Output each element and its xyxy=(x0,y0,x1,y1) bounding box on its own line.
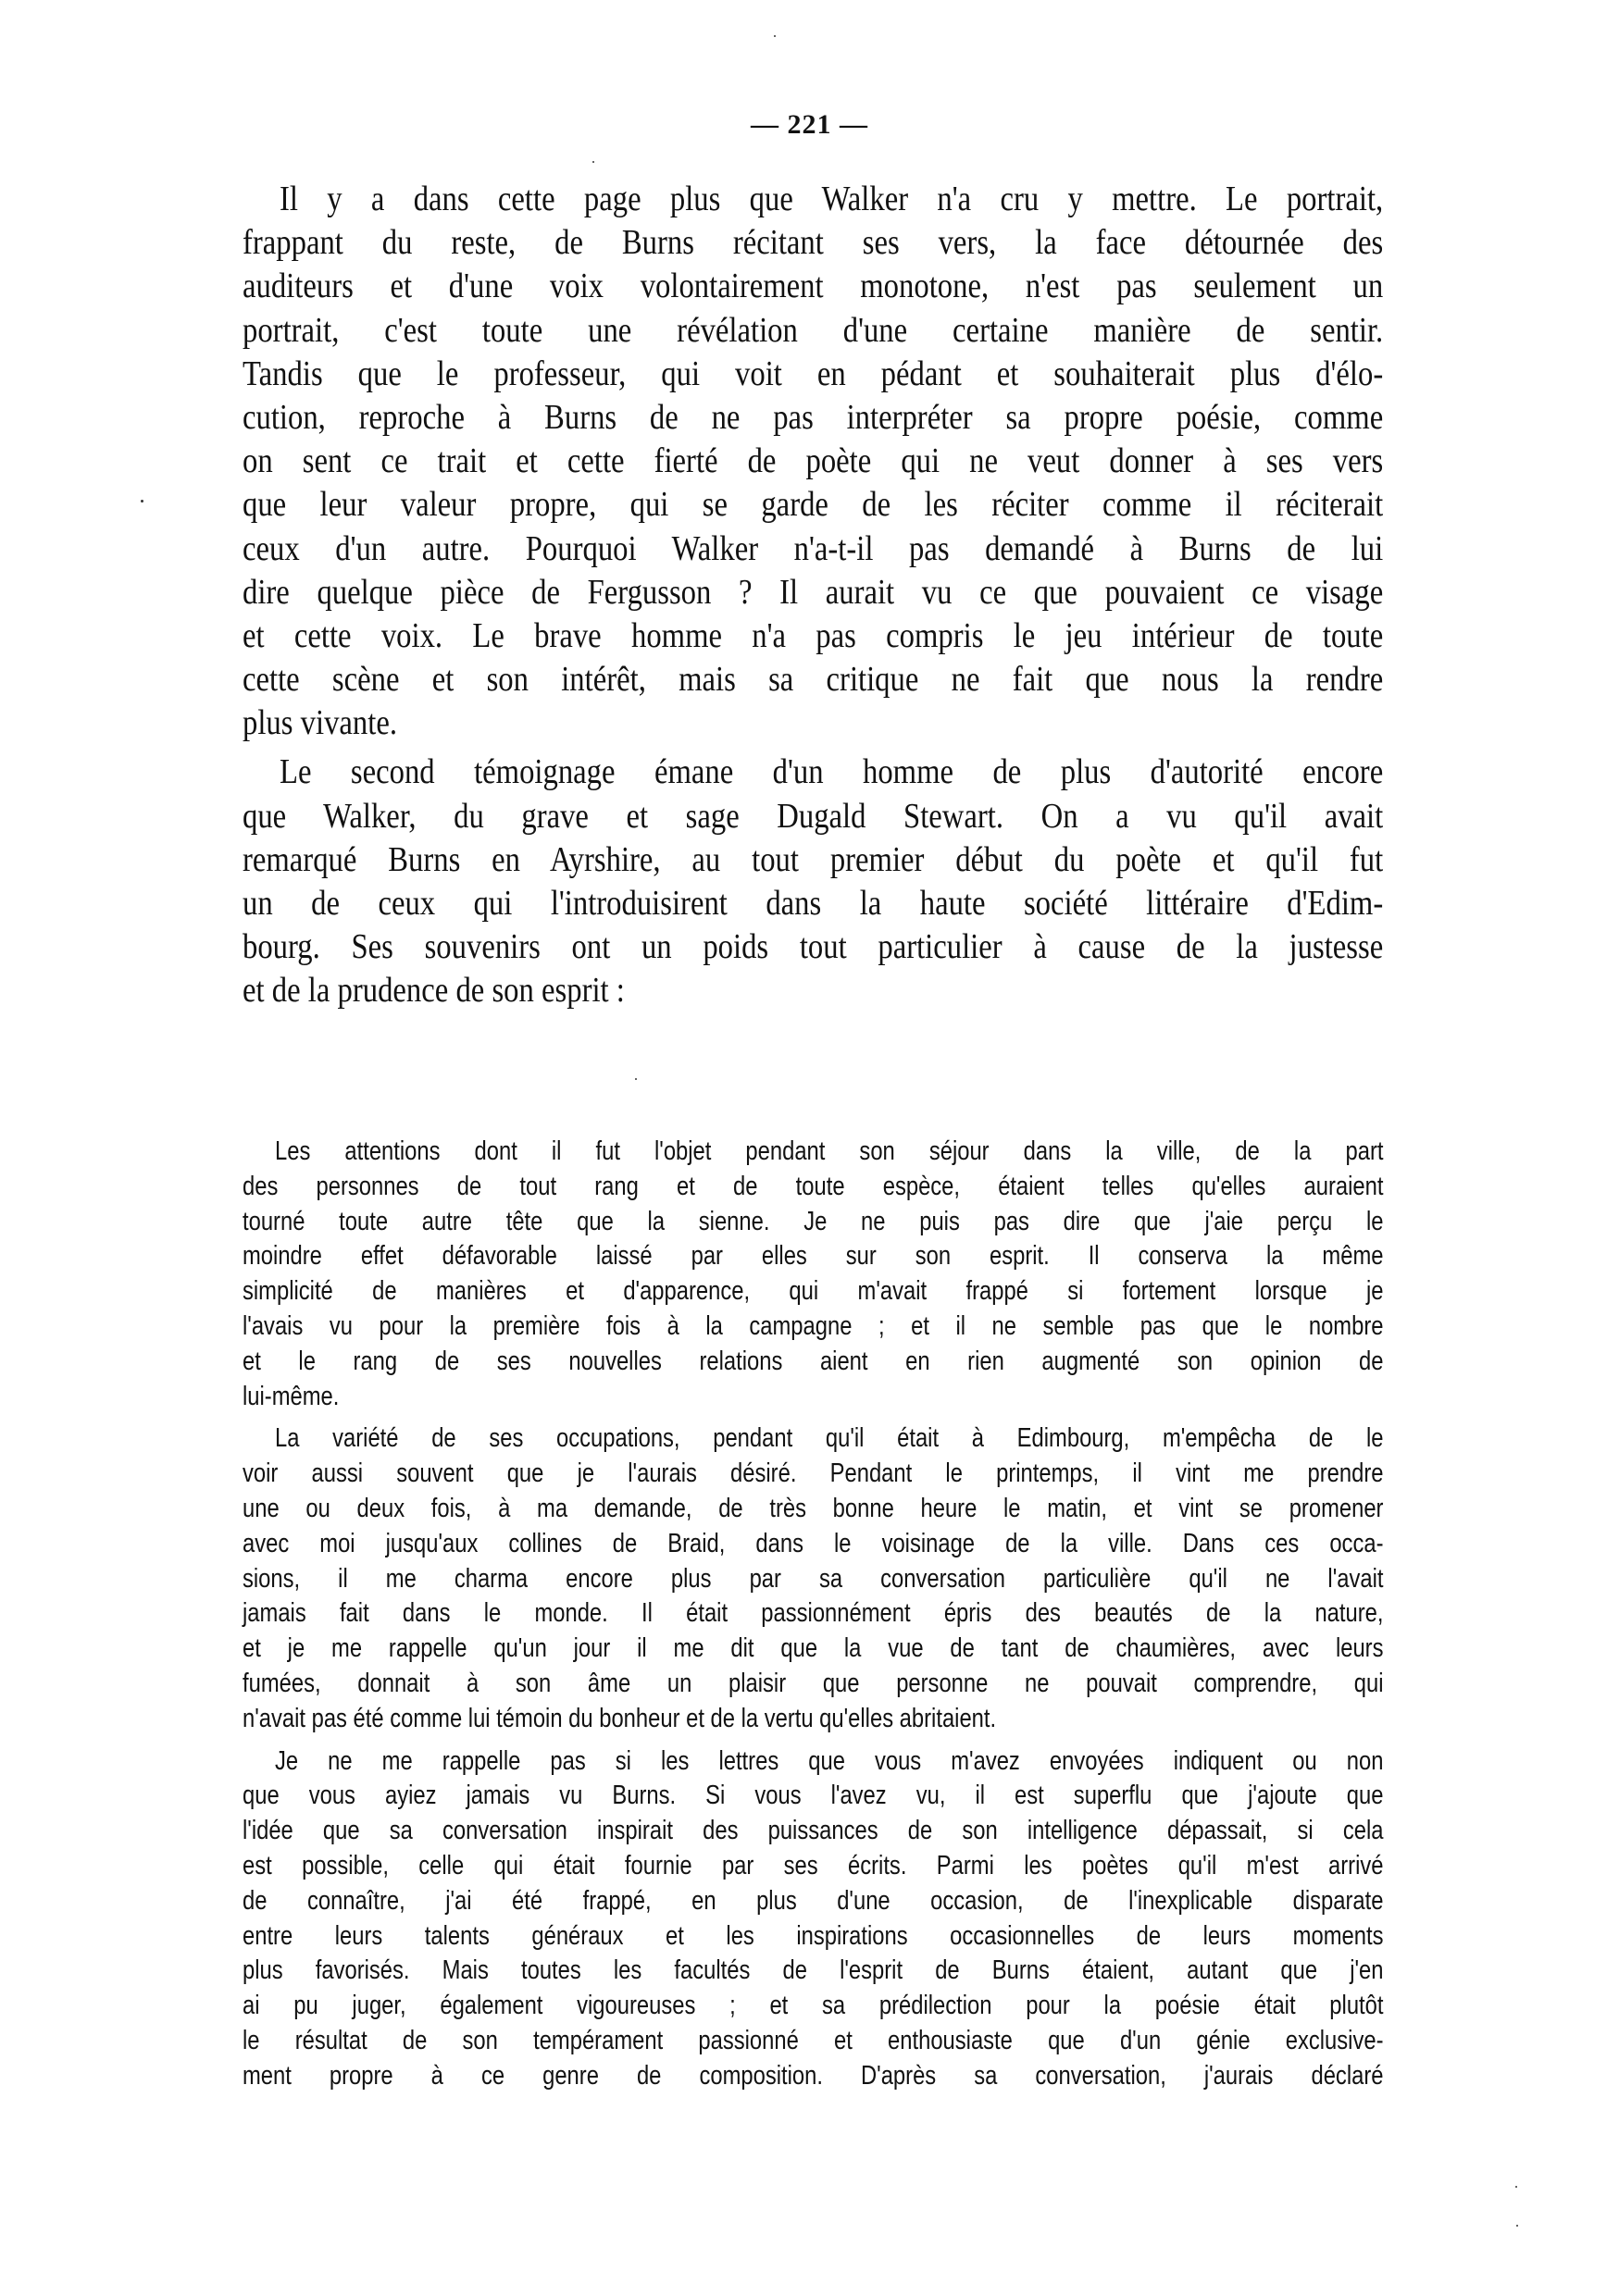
quote-line: entre leurs talents généraux et les insp… xyxy=(243,1919,1383,1955)
quote-line: Je ne me rappelle pas si les lettres que… xyxy=(243,1744,1383,1780)
text-line: que Walker, du grave et sage Dugald Stew… xyxy=(243,795,1383,838)
quote-line: Les attentions dont il fut l'objet penda… xyxy=(243,1135,1383,1170)
quote-line: ment propre à ce genre de composition. D… xyxy=(243,2059,1383,2094)
quote-line: fumées, donnait à son âme un plaisir que… xyxy=(243,1667,1383,1702)
quote-line: une ou deux fois, à ma demande, de très … xyxy=(243,1492,1383,1527)
block-quote: Les attentions dont il fut l'objet penda… xyxy=(243,1135,1383,2094)
text-line: Tandis que le professeur, qui voit en pé… xyxy=(243,353,1383,396)
text-line: Le second témoignage émane d'un homme de… xyxy=(243,751,1383,794)
text-line: et de la prudence de son esprit : xyxy=(243,969,1383,1012)
scan-speck xyxy=(1515,2186,1517,2188)
quote-line: que vous ayiez jamais vu Burns. Si vous … xyxy=(243,1779,1383,1814)
text-line: on sent ce trait et cette fierté de poèt… xyxy=(243,440,1383,483)
quote-line: moindre effet défavorable laissé par ell… xyxy=(243,1239,1383,1274)
scan-speck xyxy=(635,1078,637,1080)
quote-line: l'avais vu pour la première fois à la ca… xyxy=(243,1309,1383,1345)
quote-line: plus favorisés. Mais toutes les facultés… xyxy=(243,1954,1383,1989)
quote-line: jamais fait dans le monde. Il était pass… xyxy=(243,1596,1383,1632)
quote-line: voir aussi souvent que je l'aurais désir… xyxy=(243,1457,1383,1492)
text-line: plus vivante. xyxy=(243,701,1383,745)
page-number: — 221 — xyxy=(0,109,1619,141)
main-text: Il y a dans cette page plus que Walker n… xyxy=(243,178,1383,1013)
text-line: bourg. Ses souvenirs ont un poids tout p… xyxy=(243,925,1383,969)
quote-line: est possible, celle qui était fournie pa… xyxy=(243,1849,1383,1884)
scan-speck xyxy=(774,35,776,37)
text-line: cution, reproche à Burns de ne pas inter… xyxy=(243,396,1383,440)
text-line: cette scène et son intérêt, mais sa crit… xyxy=(243,658,1383,701)
quote-line: n'avait pas été comme lui témoin du bonh… xyxy=(243,1702,1383,1737)
quote-line: des personnes de tout rang et de toute e… xyxy=(243,1170,1383,1205)
text-line: remarqué Burns en Ayrshire, au tout prem… xyxy=(243,838,1383,882)
quote-line: tourné toute autre tête que la sienne. J… xyxy=(243,1205,1383,1240)
scan-speck xyxy=(141,500,143,503)
quote-line: l'idée que sa conversation inspirait des… xyxy=(243,1814,1383,1849)
text-line: auditeurs et d'une voix volontairement m… xyxy=(243,265,1383,308)
quote-line: de connaître, j'ai été frappé, en plus d… xyxy=(243,1884,1383,1919)
quote-line: ai pu juger, également vigoureuses ; et … xyxy=(243,1989,1383,2024)
text-line: Il y a dans cette page plus que Walker n… xyxy=(243,178,1383,221)
text-line: et cette voix. Le brave homme n'a pas co… xyxy=(243,614,1383,658)
text-line: dire quelque pièce de Fergusson ? Il aur… xyxy=(243,571,1383,614)
text-line: portrait, c'est toute une révélation d'u… xyxy=(243,309,1383,353)
quote-line: avec moi jusqu'aux collines de Braid, da… xyxy=(243,1527,1383,1562)
quote-line: simplicité de manières et d'apparence, q… xyxy=(243,1274,1383,1309)
text-line: frappant du reste, de Burns récitant ses… xyxy=(243,221,1383,265)
document-page: — 221 — Il y a dans cette page plus que … xyxy=(0,0,1619,2296)
text-line: ceux d'un autre. Pourquoi Walker n'a-t-i… xyxy=(243,527,1383,571)
quote-line: sions, il me charma encore plus par sa c… xyxy=(243,1562,1383,1597)
quote-line: et je me rappelle qu'un jour il me dit q… xyxy=(243,1632,1383,1667)
quote-line: lui-même. xyxy=(243,1380,1383,1415)
scan-speck xyxy=(592,161,594,163)
text-line: que leur valeur propre, qui se garde de … xyxy=(243,483,1383,527)
quote-line: et le rang de ses nouvelles relations ai… xyxy=(243,1345,1383,1380)
quote-line: La variété de ses occupations, pendant q… xyxy=(243,1421,1383,1457)
quote-line: le résultat de son tempérament passionné… xyxy=(243,2024,1383,2059)
text-line: un de ceux qui l'introduisirent dans la … xyxy=(243,882,1383,925)
scan-speck xyxy=(1516,2225,1518,2227)
